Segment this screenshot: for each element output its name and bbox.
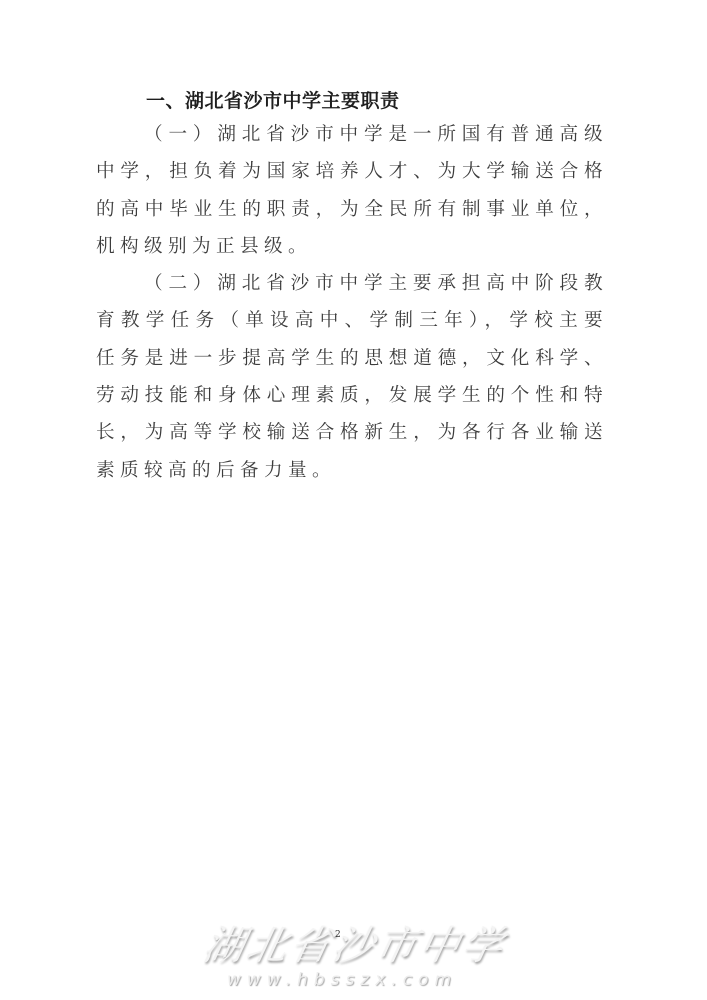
school-watermark: 湖北省沙市中学 www.hbsszx.com (205, 910, 505, 1000)
page-number: 2 (335, 930, 341, 940)
paragraph-1: （一）湖北省沙市中学是一所国有普通高级中学，担负着为国家培养人才、为大学输送合格… (96, 116, 608, 265)
watermark-url: www.hbsszx.com (227, 970, 457, 990)
paragraph-2: （二）湖北省沙市中学主要承担高中阶段教育教学任务（单设高中、学制三年），学校主要… (96, 265, 608, 489)
document-page: 一、湖北省沙市中学主要职责 （一）湖北省沙市中学是一所国有普通高级中学，担负着为… (0, 0, 707, 1000)
section-heading: 一、湖北省沙市中学主要职责 (146, 86, 400, 113)
watermark-title: 湖北省沙市中学 (199, 914, 512, 971)
document-body: （一）湖北省沙市中学是一所国有普通高级中学，担负着为国家培养人才、为大学输送合格… (96, 116, 608, 489)
